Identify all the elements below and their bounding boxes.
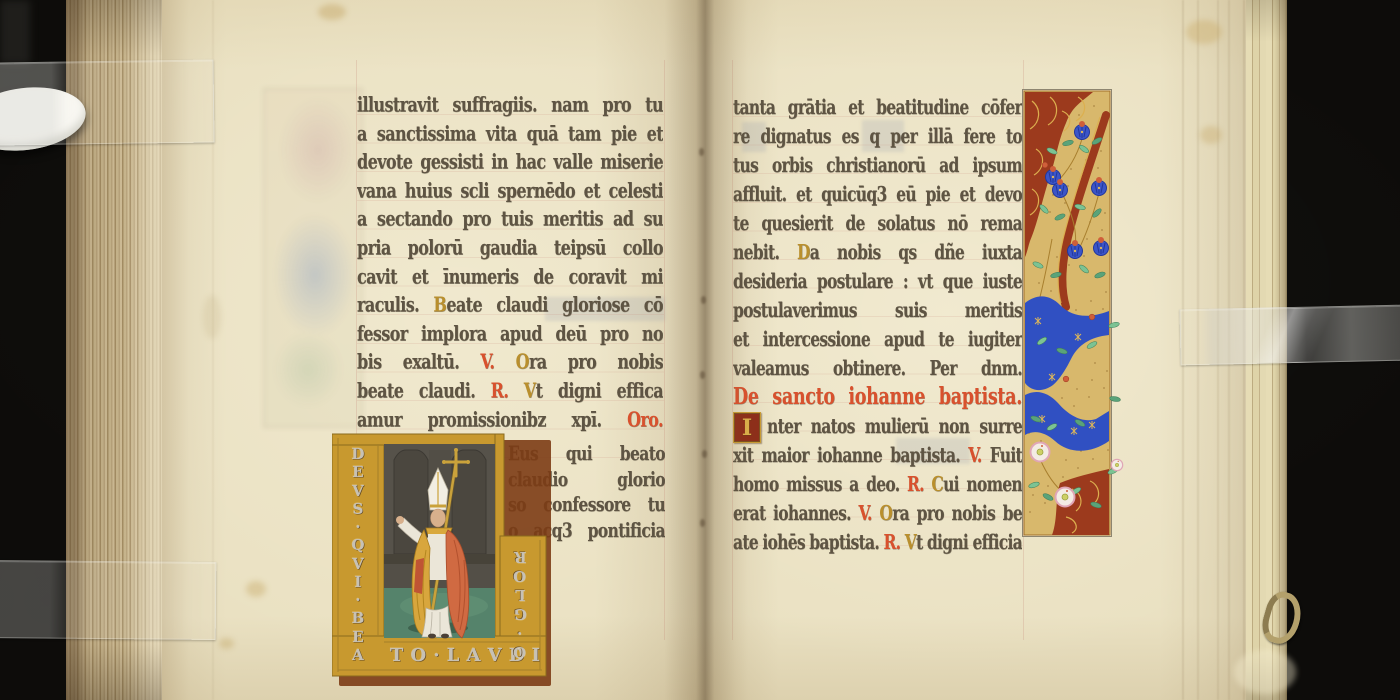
frame-letter: S: [353, 502, 364, 517]
frame-letter: T: [390, 647, 403, 665]
text-segment-gold: V: [524, 378, 536, 403]
gutter-shadow: [664, 0, 748, 700]
text-segment-ink: devote gessisti in hac valle miserie: [357, 149, 663, 174]
right-text-block: tanta grātia et beatitudine cōferre dign…: [733, 94, 1022, 558]
text-segment-red: De sancto iohanne baptista.: [733, 384, 1022, 410]
text-segment-ink: fessor implora apud deū pro no: [357, 321, 663, 346]
text-segment-ink: a sectando pro tuis meritis ad su: [357, 206, 663, 231]
text-segment-ink: eate claudi gloriose cō: [446, 292, 663, 317]
frame-letter: Q: [351, 538, 364, 553]
text-segment-ink: ate iohēs baptista.: [733, 529, 883, 554]
frame-letter: O: [411, 647, 427, 665]
text-segment-ink: ra pro nobis be: [892, 500, 1022, 525]
frame-letter: G: [514, 606, 527, 621]
text-segment-ink: t digni effica: [536, 378, 663, 403]
text-segment-ink: affluit. et quicūq3 eū pie et devo: [733, 181, 1022, 206]
text-segment-ink: [508, 378, 523, 403]
pink-flower: [1056, 488, 1075, 507]
backdrop-corner-shade: [0, 0, 30, 64]
red-bud: [1089, 314, 1095, 320]
text-segment-ink: postulaverimus suis meritis: [733, 297, 1022, 322]
text-segment-ink: pria polorū gaudia teipsū collo: [357, 235, 663, 260]
white-alb: [422, 606, 452, 637]
leaf: [1109, 396, 1121, 403]
text-segment-ink: beate claudi.: [357, 378, 491, 403]
text-segment-ink: Fuit: [982, 442, 1022, 467]
text-segment-gold: O: [879, 500, 892, 525]
frame-letter: L: [447, 647, 460, 665]
text-segment-gold: C: [931, 471, 943, 496]
frame-inscription-right: ROLG·O: [506, 549, 534, 659]
red-bud: [1063, 376, 1069, 382]
frame-letter: I: [354, 575, 361, 590]
stain: [203, 295, 221, 339]
frame-letter: V: [352, 484, 364, 499]
left-text-block: illustravit suffragiis. nam pro tua sanc…: [357, 92, 663, 435]
text-segment-ink: cavit et īnumeris de coravit mi: [357, 264, 663, 289]
plastic-strip-right: [1179, 305, 1400, 366]
text-segment-red: V.: [858, 500, 871, 525]
pink-flower: [1111, 459, 1122, 470]
gutter-crease-dot: [702, 450, 707, 458]
frame-letter: R: [514, 549, 526, 564]
text-segment-red: V.: [968, 442, 981, 467]
stain: [219, 638, 234, 649]
text-segment-ink: t digni efficia: [916, 529, 1022, 554]
gutter-crease-dot: [699, 148, 704, 156]
text-segment-ink: re dignatus es q per illā fere to: [733, 123, 1022, 148]
frame-inscription-left: DEVS·QVI·BEA: [344, 447, 372, 663]
text-segment-red: Oro.: [627, 407, 663, 432]
frame-letter: O: [513, 644, 526, 659]
text-segment-ink: vana huius scli spernēdo et celesti: [357, 178, 663, 203]
illuminated-floral-border: [1022, 89, 1122, 539]
frame-letter: O: [513, 568, 526, 583]
hand: [396, 516, 404, 524]
frame-letter: D: [351, 447, 364, 462]
manuscript-photo: illustravit suffragiis. nam pro tua sanc…: [0, 0, 1400, 700]
text-segment-ink: bis exaltū.: [357, 349, 480, 374]
text-segment-gold: V: [905, 529, 916, 554]
text-segment-gold: O: [516, 349, 529, 374]
text-segment-ink: a nobis qs dñe iuxta: [810, 239, 1022, 264]
stain: [246, 581, 266, 597]
text-segment-ink: ra pro nobis: [529, 349, 663, 374]
text-segment-ink: illustravit suffragiis. nam pro tu: [357, 92, 663, 117]
frame-letter: A: [352, 648, 364, 663]
plastic-strip-top-left: [0, 59, 215, 145]
gutter-crease-dot: [700, 371, 705, 379]
text-segment-ink: xit maior iohanne baptista.: [733, 442, 968, 467]
text-segment-red: R.: [907, 471, 924, 496]
text-segment-ink: ui nomen: [943, 471, 1022, 496]
gutter-crease-dot: [700, 519, 705, 527]
gutter-crease-dot: [701, 296, 706, 304]
face: [431, 509, 446, 527]
stain: [318, 4, 346, 20]
miniature-picture: [384, 444, 495, 638]
text-segment-ink: desideria postulare : vt que iuste: [733, 268, 1022, 293]
text-segment-ink: tanta grātia et beatitudine cōfer: [733, 94, 1022, 119]
frame-letter: ·: [517, 625, 522, 640]
text-segment-red: V.: [480, 349, 494, 374]
text-segment-ink: nter natos mulierū non surre: [767, 413, 1022, 438]
pink-flower: [1031, 443, 1050, 462]
frame-letter: V: [352, 557, 364, 572]
text-segment-gold: B: [433, 292, 446, 317]
text-segment-ink: [494, 349, 515, 374]
frame-letter: ·: [433, 647, 439, 665]
frame-letter: ·: [355, 520, 360, 535]
text-segment-ink: te quesierit de solatus nō rema: [733, 210, 1022, 235]
text-segment-ink: raculis.: [357, 292, 433, 317]
frame-letter: A: [467, 647, 481, 665]
frame-letter: E: [352, 630, 363, 645]
miniature-show-through: [263, 88, 363, 428]
frame-letter: V: [488, 647, 502, 665]
frame-letter: L: [515, 587, 526, 602]
plastic-strip-bottom-left: [0, 560, 216, 640]
text-segment-red: R.: [491, 378, 509, 403]
text-segment-gold: D: [797, 239, 810, 264]
frame-letter: B: [352, 611, 365, 626]
text-segment-ink: erat iohannes.: [733, 500, 858, 525]
frame-letter: E: [352, 465, 363, 480]
text-segment-red: R.: [883, 529, 900, 554]
text-segment-ink: amur promissionibz xpī.: [357, 407, 627, 432]
frame-letter: ·: [355, 593, 360, 608]
text-segment-ink: et intercessione apud te iugiter: [733, 326, 1022, 351]
text-segment-ink: homo missus a deo.: [733, 471, 907, 496]
stain: [1186, 20, 1222, 44]
text-segment-ink: valeamus obtinere. Per dnm.: [733, 355, 1022, 380]
text-segment-ink: a sanctissima vita quā tam pie et: [357, 121, 663, 146]
manuscript-text-line: ate iohēs baptista. R. Vt digni efficia: [733, 529, 1022, 567]
text-segment-ink: tus orbis christianorū ad ipsum: [733, 152, 1022, 177]
light-patch: [1234, 650, 1296, 694]
stain: [1200, 126, 1222, 144]
red-bud: [1042, 162, 1048, 168]
